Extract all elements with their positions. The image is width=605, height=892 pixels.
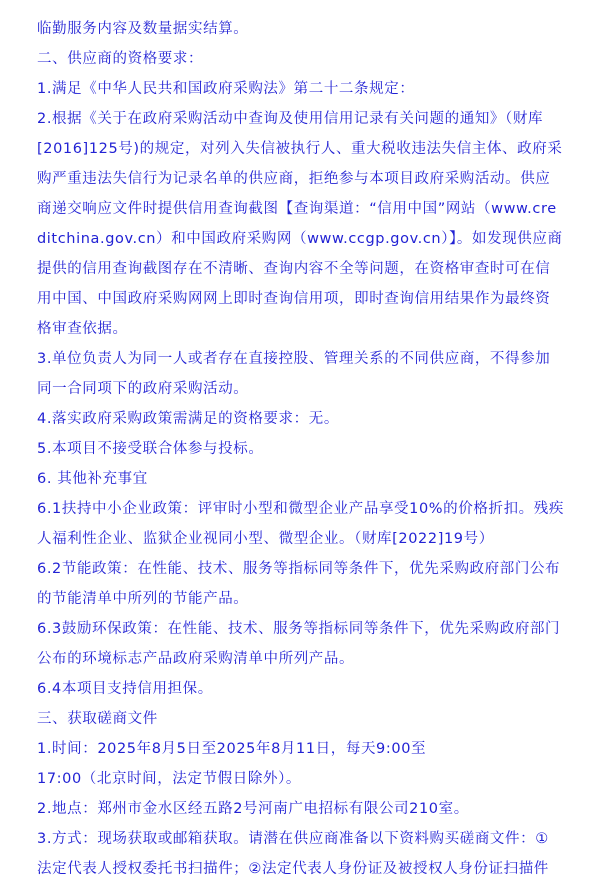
text-line-item-2-cont: 用中国、中国政府采购网网上即时查询信用项，即时查询信用结果作为最终资	[37, 284, 597, 314]
text-line-item-6-3: 6.3鼓励环保政策：在性能、技术、服务等指标同等条件下，优先采购政府部门	[37, 614, 597, 644]
text-line-item-6-2: 6.2节能政策：在性能、技术、服务等指标同等条件下，优先采购政府部门公布	[37, 554, 597, 584]
text-line-item-2-cont: 购严重违法失信行为记录名单的供应商，拒绝参与本项目政府采购活动。供应	[37, 164, 597, 194]
text-line-item-4: 4.落实政府采购政策需满足的资格要求：无。	[37, 404, 597, 434]
text-line-item-5: 5.本项目不接受联合体参与投标。	[37, 434, 597, 464]
text-line-method-cont: 法定代表人授权委托书扫描件；②法定代表人身份证及被授权人身份证扫描件	[37, 854, 597, 884]
text-line-item-2-cont: 商递交响应文件时提供信用查询截图【查询渠道：“信用中国”网站（www.cre	[37, 194, 597, 224]
text-line-item-2-cont: 格审查依据。	[37, 314, 597, 344]
text-line-location: 2.地点：郑州市金水区经五路2号河南广电招标有限公司210室。	[37, 794, 597, 824]
text-line-time: 1.时间：2025年8月5日至2025年8月11日，每天9:00至	[37, 734, 597, 764]
text-line-item-1: 1.满足《中华人民共和国政府采购法》第二十二条规定：	[37, 74, 597, 104]
section-heading-supplier-qualifications: 二、供应商的资格要求：	[37, 44, 597, 74]
text-line-item-6-heading: 6. 其他补充事宜	[37, 464, 597, 494]
text-line-time-cont: 17:00（北京时间，法定节假日除外）。	[37, 764, 597, 794]
text-line-item-6-3-cont: 公布的环境标志产品政府采购清单中所列产品。	[37, 644, 597, 674]
text-line-item-2-cont: 提供的信用查询截图存在不清晰、查询内容不全等问题，在资格审查时可在信	[37, 254, 597, 284]
section-heading-obtain-documents: 三、获取磋商文件	[37, 704, 597, 734]
text-line-settlement: 临勤服务内容及数量据实结算。	[37, 14, 597, 44]
text-line-item-2-cont: [2016]125号)的规定，对列入失信被执行人、重大税收违法失信主体、政府采	[37, 134, 597, 164]
text-line-item-6-2-cont: 的节能清单中所列的节能产品。	[37, 584, 597, 614]
text-line-item-2-cont: ditchina.gov.cn）和中国政府采购网（www.ccgp.gov.cn…	[37, 224, 597, 254]
text-line-item-3-cont: 同一合同项下的政府采购活动。	[37, 374, 597, 404]
text-line-item-2: 2.根据《关于在政府采购活动中查询及使用信用记录有关问题的通知》（财库	[37, 104, 597, 134]
text-line-item-6-4: 6.4本项目支持信用担保。	[37, 674, 597, 704]
document-body: 临勤服务内容及数量据实结算。 二、供应商的资格要求： 1.满足《中华人民共和国政…	[37, 14, 597, 884]
text-line-item-3: 3.单位负责人为同一人或者存在直接控股、管理关系的不同供应商，不得参加	[37, 344, 597, 374]
text-line-item-6-1-cont: 人福利性企业、监狱企业视同小型、微型企业。（财库[2022]19号）	[37, 524, 597, 554]
text-line-item-6-1: 6.1扶持中小企业政策：评审时小型和微型企业产品享受10%的价格折扣。残疾	[37, 494, 597, 524]
text-line-method: 3.方式：现场获取或邮箱获取。请潜在供应商准备以下资料购买磋商文件：①	[37, 824, 597, 854]
